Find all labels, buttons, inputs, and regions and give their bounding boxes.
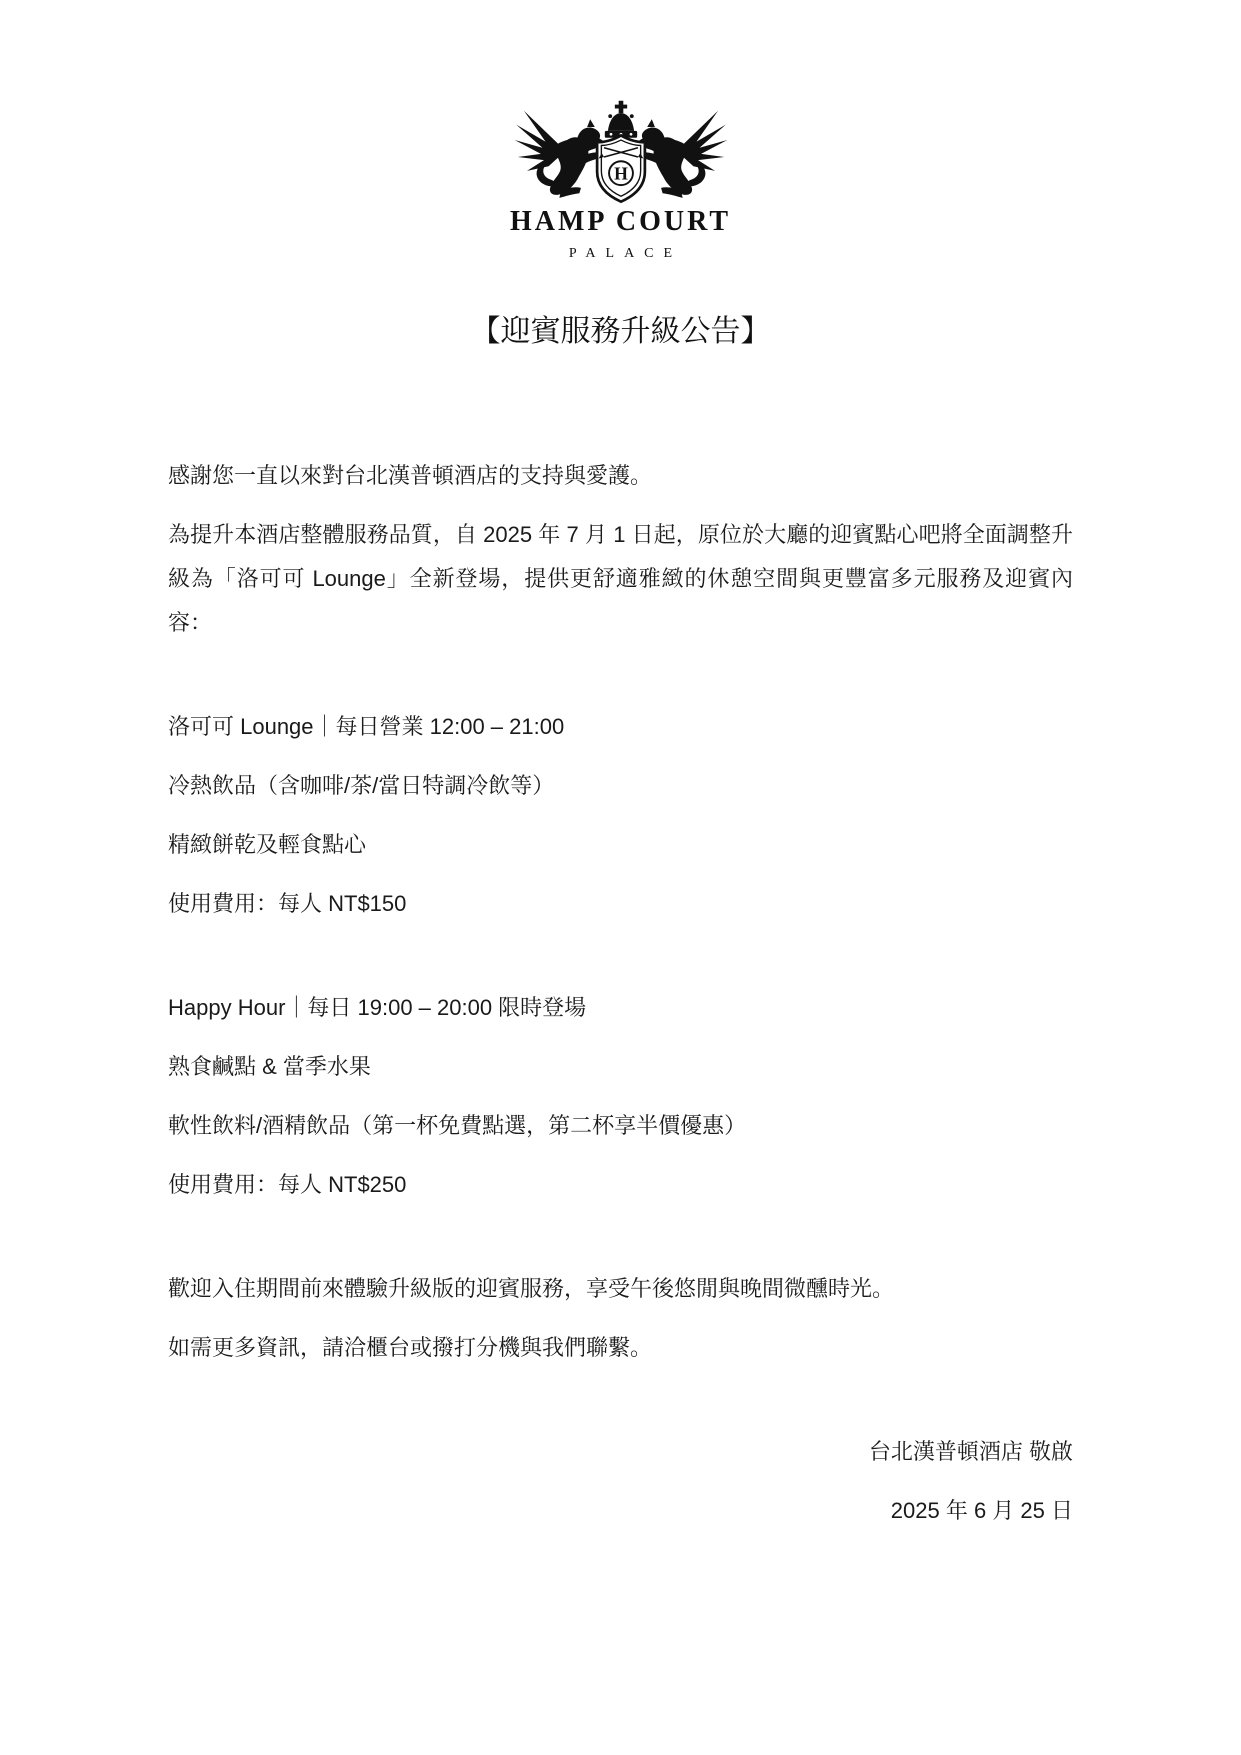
document-page: H HAMP COURT PALACE 【迎賓服務升級公告】 感謝您一直以來對台… xyxy=(0,0,1241,1755)
hotel-subtitle: PALACE xyxy=(0,246,1241,262)
hotel-logo: H HAMP COURT PALACE xyxy=(0,0,1241,262)
closing-line-welcome: 歡迎入住期間前來體驗升級版的迎賓服務，享受午後悠閒與晚間微醺時光。 xyxy=(168,1267,1073,1311)
lounge-item-fee: 使用費用：每人 NT$150 xyxy=(168,882,1073,926)
notice-title: 【迎賓服務升級公告】 xyxy=(0,306,1241,350)
lounge-item-snacks: 精緻餅乾及輕食點心 xyxy=(168,823,1073,867)
lion-left-icon xyxy=(514,111,606,198)
happy-hour-item-drinks: 軟性飲料/酒精飲品（第一杯免費點選，第二杯享半價優惠） xyxy=(168,1104,1073,1148)
shield-letter: H xyxy=(614,163,628,183)
crest-icon: H xyxy=(505,100,737,204)
lounge-item-drinks: 冷熱飲品（含咖啡/茶/當日特調冷飲等） xyxy=(168,764,1073,808)
signoff: 台北漢普頓酒店 敬啟 xyxy=(168,1430,1073,1474)
lion-right-icon xyxy=(634,111,726,198)
happy-hour-item-fee: 使用費用：每人 NT$250 xyxy=(168,1163,1073,1207)
para-thanks: 感謝您一直以來對台北漢普頓酒店的支持與愛護。 xyxy=(168,454,1073,498)
shield-icon: H xyxy=(597,135,645,201)
lounge-heading: 洛可可 Lounge｜每日營業 12:00 – 21:00 xyxy=(168,705,1073,749)
closing-line-contact: 如需更多資訊，請洽櫃台或撥打分機與我們聯繫。 xyxy=(168,1326,1073,1370)
notice-body: 感謝您一直以來對台北漢普頓酒店的支持與愛護。 為提升本酒店整體服務品質，自 20… xyxy=(0,454,1241,1533)
date: 2025 年 6 月 25 日 xyxy=(168,1489,1073,1533)
happy-hour-heading: Happy Hour｜每日 19:00 – 20:00 限時登場 xyxy=(168,986,1073,1030)
para-upgrade: 為提升本酒店整體服務品質，自 2025 年 7 月 1 日起，原位於大廳的迎賓點… xyxy=(168,513,1073,645)
hotel-name: HAMP COURT xyxy=(0,206,1241,238)
crown-icon xyxy=(604,101,636,138)
happy-hour-item-food: 熟食鹹點 & 當季水果 xyxy=(168,1045,1073,1089)
